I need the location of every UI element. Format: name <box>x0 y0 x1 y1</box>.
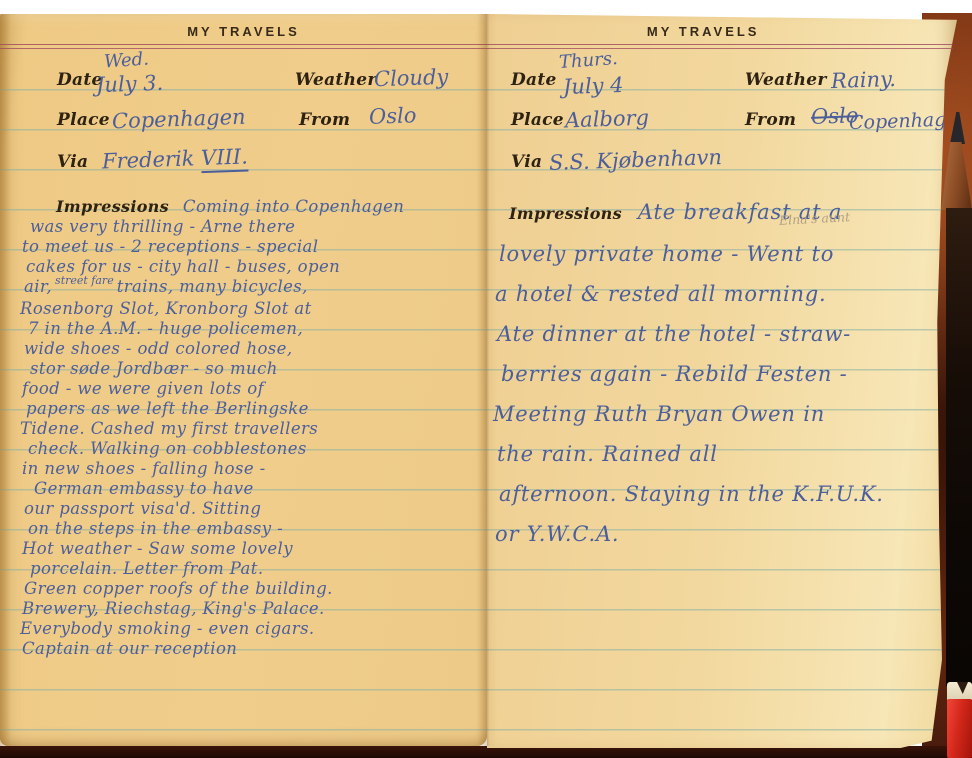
impressions-line: or Y.W.C.A. <box>495 514 941 554</box>
impressions-line: porcelain. Letter from Pat. <box>30 559 482 579</box>
impressions-line: Ate dinner at the hotel - straw- <box>497 314 941 354</box>
from-value: Oslo <box>369 103 417 129</box>
impressions-line: Meeting Ruth Bryan Owen in <box>493 394 941 434</box>
red-pen-band <box>947 682 972 700</box>
diary-page-left: MY TRAVELS Date Wed. July 3. Weather Clo… <box>0 14 487 746</box>
date-value: July 4 <box>563 73 624 99</box>
impressions-line: Rosenborg Slot, Kronborg Slot at <box>20 299 482 319</box>
impressions-line: Hot weather - Saw some lovely <box>22 539 482 559</box>
impressions-line: Coming into Copenhagen <box>183 197 404 216</box>
from-label: From <box>745 110 796 130</box>
impressions-left: ImpressionsComing into Copenhagen was ve… <box>20 197 482 659</box>
weather-value: Rainy. <box>831 67 897 93</box>
red-pen-clip <box>957 682 968 694</box>
impressions-line: to meet us - 2 receptions - special <box>22 237 482 257</box>
impressions-label: Impressions <box>509 204 622 223</box>
date-label: Date <box>511 70 557 90</box>
page-header-right: MY TRAVELS <box>487 24 919 39</box>
impressions-line: Brewery, Riechstag, King's Palace. <box>22 599 482 619</box>
impressions-line: lovely private home - Went to <box>499 234 941 274</box>
via-ship-number: VIII. <box>201 144 249 173</box>
diary-scan: MY TRAVELS Date Wed. July 3. Weather Clo… <box>0 0 972 758</box>
impressions-right: ImpressionsAte breakfast at a lovely pri… <box>495 192 941 554</box>
impressions-line: afternoon. Staying in the K.F.U.K. <box>499 474 941 514</box>
interline-insertion: street fare <box>55 274 114 287</box>
date-value: July 3. <box>96 71 164 97</box>
impressions-line: food - we were given lots of <box>22 379 482 399</box>
impressions-line: Everybody smoking - even cigars. <box>20 619 482 639</box>
weather-label: Weather <box>745 70 827 90</box>
impressions-line: Captain at our reception <box>22 639 482 659</box>
impressions-line: Green copper roofs of the building. <box>24 579 482 599</box>
place-value: Copenhagen <box>112 105 246 134</box>
impressions-line: was very thrilling - Arne there <box>30 217 482 237</box>
impressions-line: our passport visa'd. Sitting <box>24 499 482 519</box>
impressions-line: berries again - Rebild Festen - <box>501 354 941 394</box>
impressions-line: papers as we left the Berlingske <box>26 399 482 419</box>
via-ship-name: Frederik <box>102 146 195 173</box>
impressions-line: the rain. Rained all <box>497 434 941 474</box>
via-label: Via <box>511 152 542 172</box>
impressions-line: German embassy to have <box>34 479 482 499</box>
impressions-label: Impressions <box>56 197 169 216</box>
via-value: Frederik VIII. <box>102 144 249 173</box>
from-label: From <box>299 110 350 130</box>
place-label: Place <box>511 110 564 130</box>
weather-label: Weather <box>295 70 377 90</box>
weather-value: Cloudy <box>374 65 449 92</box>
red-pen-body <box>947 699 972 758</box>
place-value: Aalborg <box>565 106 650 133</box>
impressions-line: air,street faretrains, many bicycles, <box>24 277 482 299</box>
via-label: Via <box>57 152 88 172</box>
diary-page-right: MY TRAVELS Date Thurs. July 4 Weather Ra… <box>487 14 957 748</box>
impressions-line: on the steps in the embassy - <box>28 519 482 539</box>
impressions-line: check. Walking on cobblestones <box>28 439 482 459</box>
impressions-line: a hotel & rested all morning. <box>495 274 941 314</box>
pencil-body-shadow <box>946 208 972 686</box>
impressions-line: stor søde Jordbær - so much <box>30 359 482 379</box>
impressions-line: wide shoes - odd colored hose, <box>24 339 482 359</box>
date-day-value: Wed. <box>103 48 149 72</box>
place-label: Place <box>57 110 110 130</box>
date-day-value: Thurs. <box>558 48 618 73</box>
impressions-line: 7 in the A.M. - huge policemen, <box>28 319 482 339</box>
page-header-left: MY TRAVELS <box>0 24 487 39</box>
page-left-edge <box>0 14 11 746</box>
impressions-line: Tidene. Cashed my first travellers <box>20 419 482 439</box>
gutter-shadow <box>477 14 497 746</box>
impressions-line: in new shoes - falling hose - <box>22 459 482 479</box>
